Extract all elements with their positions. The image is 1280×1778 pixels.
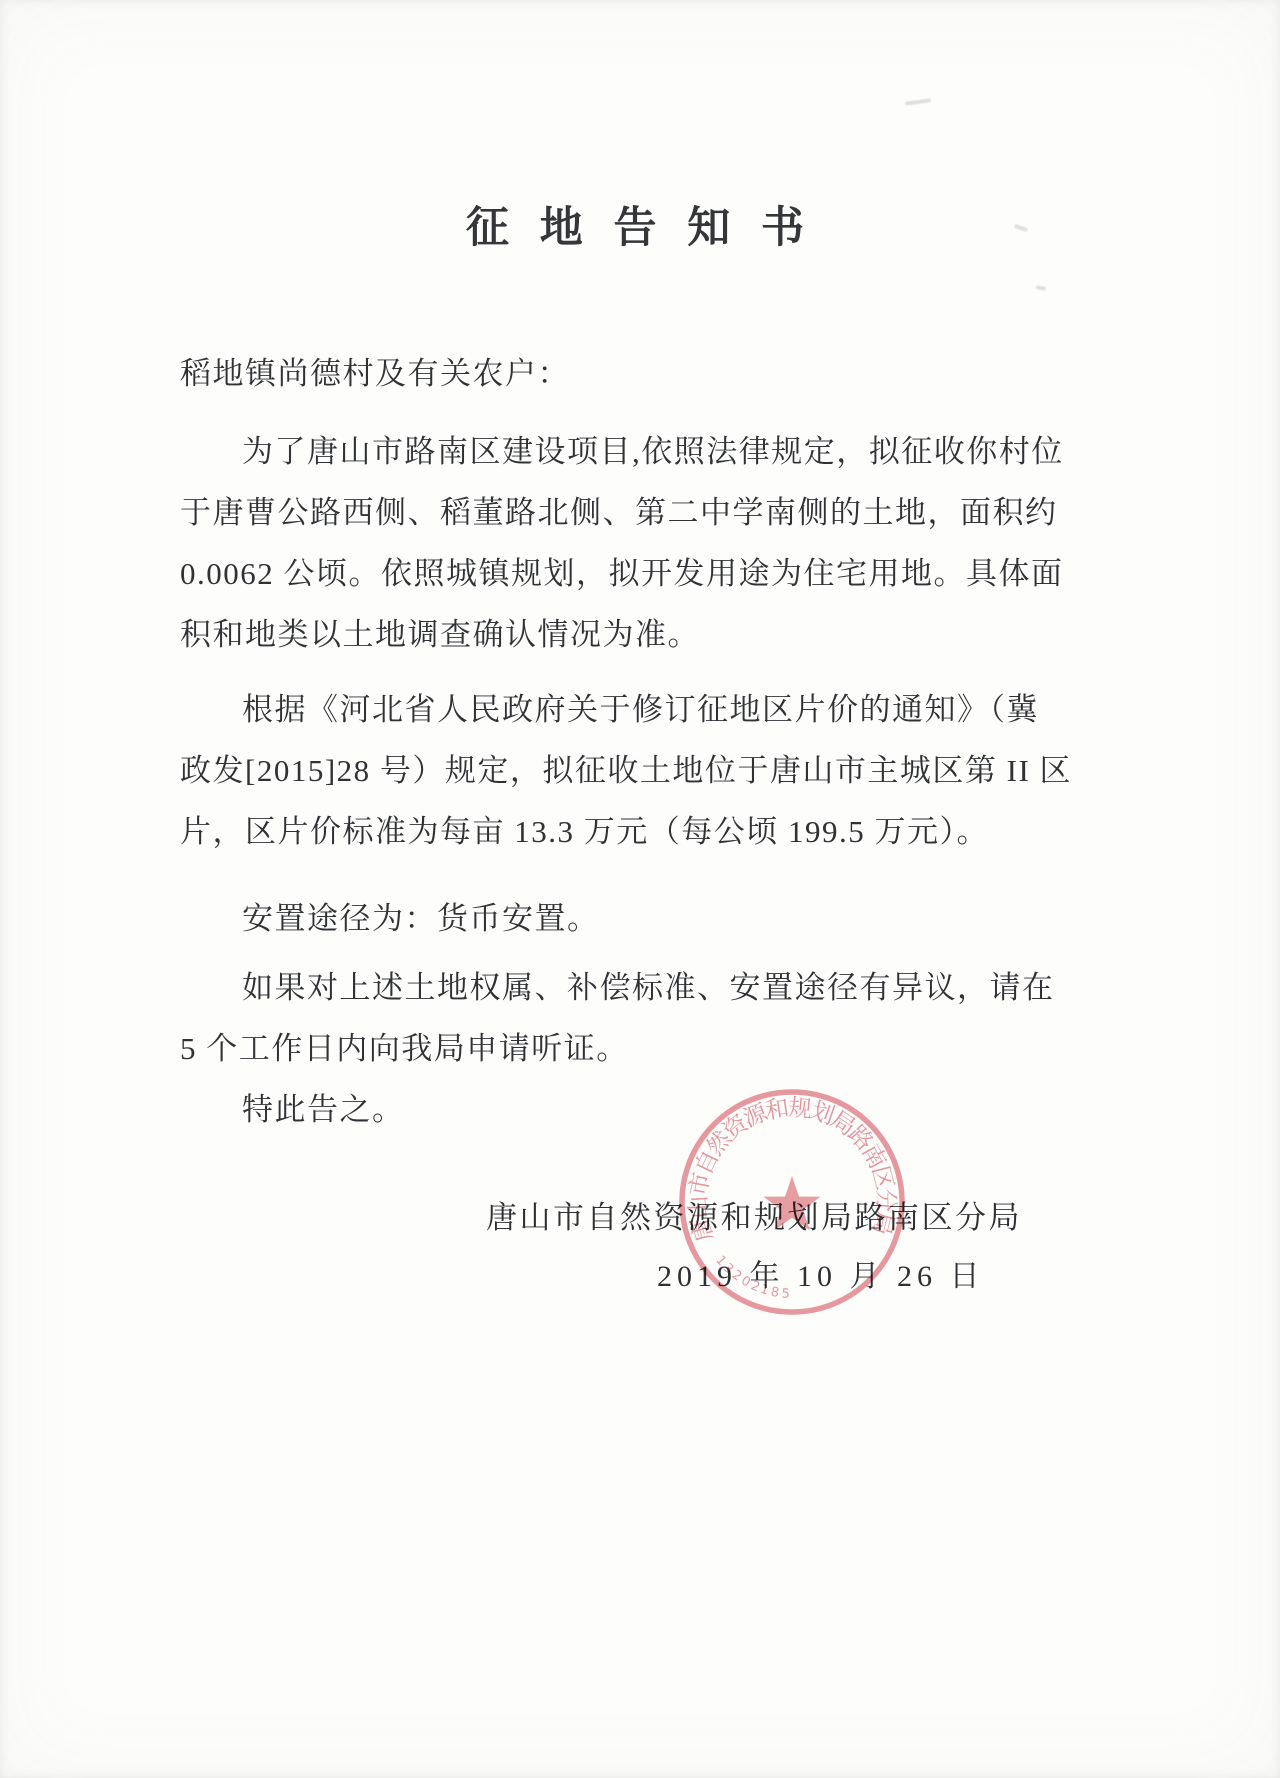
body-line: 0.0062 公顷。依照城镇规划，拟开发用途为住宅用地。具体面: [180, 543, 1025, 604]
body-line: 为了唐山市路南区建设项目,依照法律规定，拟征收你村位: [180, 421, 1025, 482]
document-page: 征 地 告 知 书 稻地镇尚德村及有关农户： 为了唐山市路南区建设项目,依照法律…: [0, 0, 1280, 1778]
document-title: 征 地 告 知 书: [0, 194, 1280, 255]
body-line: 安置途径为：货币安置。: [180, 888, 1025, 949]
body-line: 于唐曹公路西侧、稻董路北侧、第二中学南侧的土地，面积约: [180, 482, 1025, 543]
body-line: 根据《河北省人民政府关于修订征地区片价的通知》（冀: [180, 679, 1025, 740]
salutation: 稻地镇尚德村及有关农户：: [180, 343, 1025, 404]
body-line: 5 个工作日内向我局申请听证。: [180, 1018, 1025, 1079]
body-line: 积和地类以土地调查确认情况为准。: [180, 604, 1025, 665]
body-line: 如果对上述土地权属、补偿标准、安置途径有异议，请在: [180, 957, 1025, 1018]
body-line: 政发[2015]28 号）规定，拟征收土地位于唐山市主城区第 II 区: [180, 740, 1025, 801]
issuing-authority: 唐山市自然资源和规划局路南区分局: [486, 1192, 1022, 1237]
issue-date: 2019 年 10 月 26 日: [657, 1251, 985, 1295]
body-line: 特此告之。: [180, 1079, 1025, 1140]
document-body: 稻地镇尚德村及有关农户： 为了唐山市路南区建设项目,依照法律规定，拟征收你村位 …: [180, 343, 1025, 1140]
scan-artifact: [905, 98, 931, 106]
scan-artifact: [1036, 285, 1047, 291]
body-line: 片，区片价标准为每亩 13.3 万元（每公顷 199.5 万元）。: [180, 801, 1025, 862]
